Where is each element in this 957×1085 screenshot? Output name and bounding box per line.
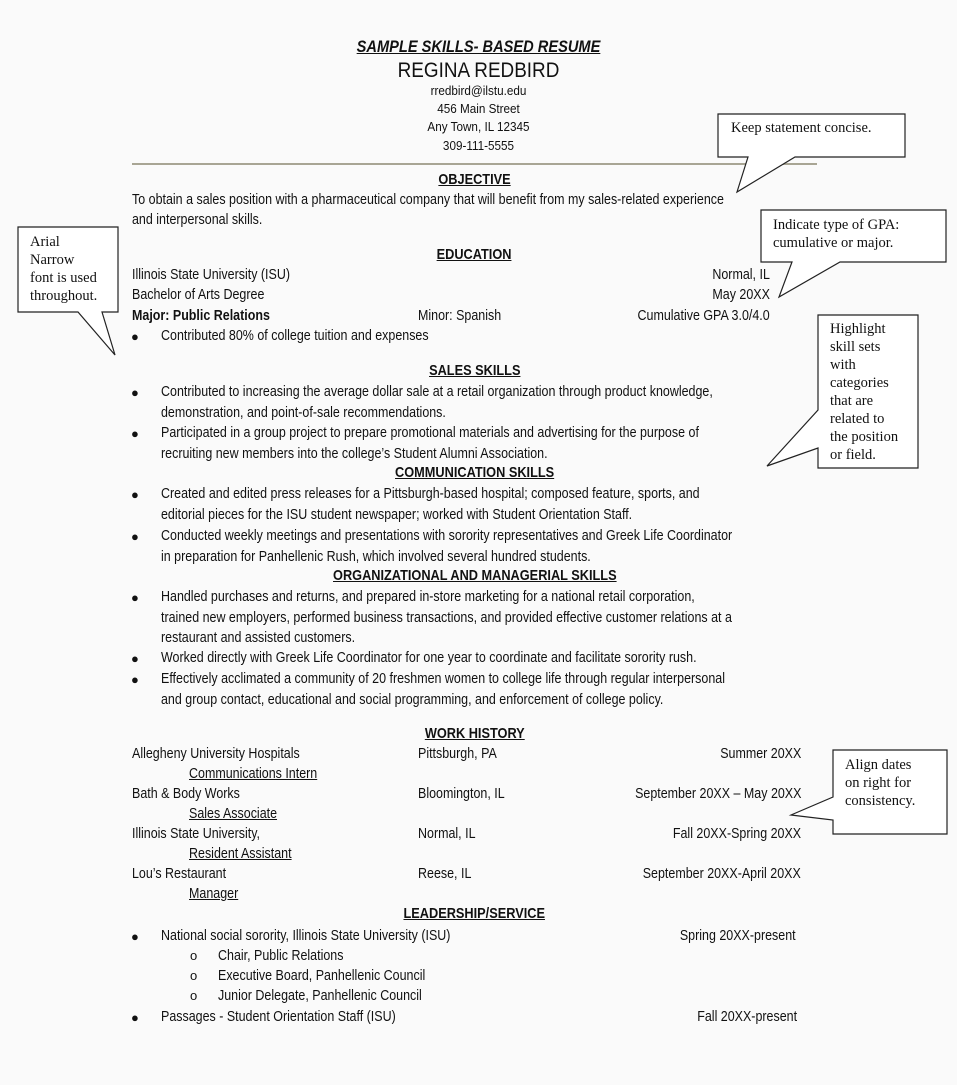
callout-skills: Highlight skill sets with categories tha… [830, 320, 898, 464]
callout-concise: Keep statement concise. [731, 119, 872, 137]
callout-gpa: Indicate type of GPA: cumulative or majo… [773, 216, 899, 252]
callout-font: Arial Narrow font is used throughout. [30, 233, 97, 305]
callout-dates: Align dates on right for consistency. [845, 756, 915, 810]
callout-shapes [0, 0, 957, 1085]
